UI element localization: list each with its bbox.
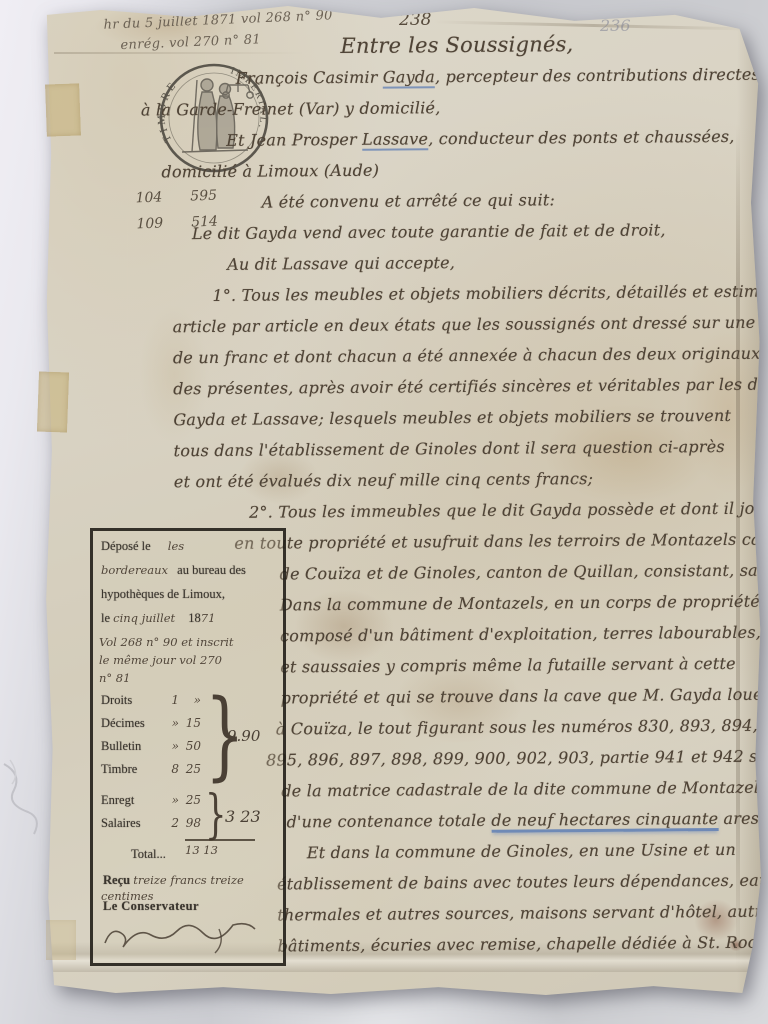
handwritten-entry: cinq juillet xyxy=(113,611,175,625)
handwritten-entry: 71 xyxy=(201,611,216,625)
document-heading: Entre les Soussignés, xyxy=(130,27,768,63)
body-line: tous dans l'établissement de Ginoles don… xyxy=(134,430,768,466)
printed-label: au bureau des xyxy=(177,563,246,577)
printed-label: 18 xyxy=(188,611,201,625)
page-number: 238 xyxy=(399,10,431,30)
brace-glyph: } xyxy=(205,789,227,841)
body-line: article par article en deux états que le… xyxy=(133,306,768,342)
body-line: Le dit Gayda vend avec toute garantie de… xyxy=(132,213,768,249)
handwritten-entry: Vol 268 n° 90 et inscrit xyxy=(99,635,234,649)
underlined-name: Gayda xyxy=(383,67,435,88)
printed-label: Reçu xyxy=(103,873,130,887)
underlined-phrase: de neuf hectares cinquante xyxy=(491,809,718,833)
photo-of-document: { "colors": { "paper": "#d6d0c0", "ink":… xyxy=(0,0,768,1024)
handwritten-entry: treize francs treize xyxy=(133,873,244,887)
tape-patch xyxy=(37,371,69,432)
fee-value: 15 xyxy=(179,716,201,731)
fee-value: 98 xyxy=(179,816,201,831)
body-line: Au dit Lassave qui accepte, xyxy=(132,244,768,280)
fee-value: » xyxy=(179,693,201,708)
fee-total: 13 13 xyxy=(185,839,255,857)
fee-value: 1 xyxy=(161,693,179,708)
fee-value: » xyxy=(161,793,179,808)
body-line: 1°. Tous les meubles et objets mobiliers… xyxy=(132,275,768,311)
paper-wrapper: TIMBRE IMPÉRIAL. hr du 5 juillet 1871 vo… xyxy=(0,0,768,1024)
printed-label: Déposé le xyxy=(101,539,151,553)
fee-value: 2 xyxy=(161,816,179,831)
body-line: Et Jean Prosper Lassave, conducteur des … xyxy=(131,120,768,156)
fee-value: » xyxy=(161,716,179,731)
tape-patch xyxy=(46,920,76,960)
body-line: A été convenu et arrêté ce qui suit: xyxy=(132,182,768,218)
fee-value: 8 xyxy=(161,762,179,777)
body-line: des présentes, après avoir été certifiés… xyxy=(133,368,768,404)
thread xyxy=(0,758,48,838)
printed-label: hypothèques de Limoux, xyxy=(101,587,225,601)
body-line: François Casimir Gayda, percepteur des c… xyxy=(131,58,768,94)
handwritten-entry: bordereaux xyxy=(101,563,168,577)
fee-label: Bulletin xyxy=(101,739,161,754)
body-line: et ont été évalués dix neuf mille cinq c… xyxy=(134,461,768,497)
fee-subtotal: 9.90 xyxy=(227,727,260,745)
printed-label: le xyxy=(101,611,110,625)
tape-patch xyxy=(45,83,81,136)
fee-value: 25 xyxy=(179,762,201,777)
body-line: domicilié à Limoux (Aude) xyxy=(131,151,768,187)
handwritten-entry: n° 81 xyxy=(99,671,130,685)
underlined-name: Lassave xyxy=(362,129,428,151)
fee-value: 25 xyxy=(179,793,201,808)
fee-label: Décimes xyxy=(101,716,161,731)
fee-label: Enregt xyxy=(101,793,161,808)
printed-label: Total... xyxy=(131,847,166,861)
handwritten-entry: le même jour vol 270 xyxy=(99,653,222,667)
body-line: Gayda et Lassave; lesquels meubles et ob… xyxy=(133,399,768,435)
conservateur-signature xyxy=(99,909,267,955)
body-line: à la Garde-Freinet (Var) y domicilié, xyxy=(131,89,768,125)
fee-subtotal: 3 23 xyxy=(225,807,261,826)
body-line: de un franc et dont chacun a été annexée… xyxy=(133,337,768,373)
registration-stamp-box: Déposé le les bordereaux au bureau des h… xyxy=(90,528,286,966)
fee-value: 50 xyxy=(179,739,201,754)
handwritten-entry: les xyxy=(168,539,184,553)
fee-label: Droits xyxy=(101,693,161,708)
fee-value: » xyxy=(161,739,179,754)
fee-label: Salaires xyxy=(101,816,161,831)
body-line: 2°. Tous les immeubles que le dit Gayda … xyxy=(134,492,768,528)
fee-label: Timbre xyxy=(101,762,161,777)
document-paper: TIMBRE IMPÉRIAL. hr du 5 juillet 1871 vo… xyxy=(44,4,761,997)
